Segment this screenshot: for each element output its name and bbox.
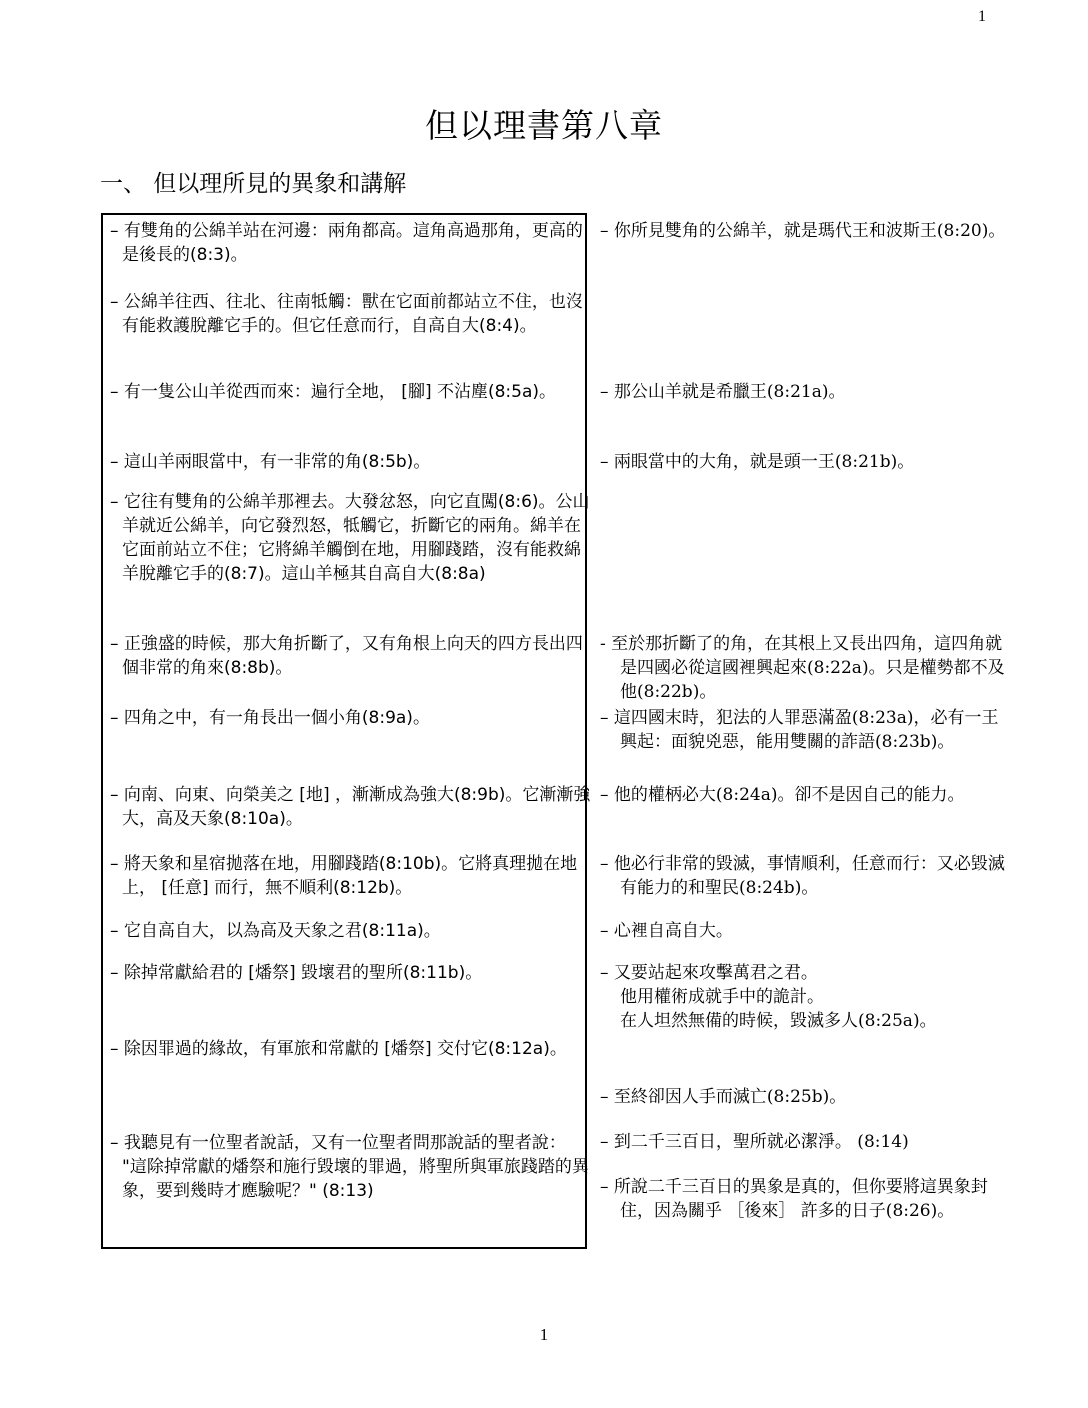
vision-item: – 向南、向東、向榮美之 [地] ，漸漸成為強大(8:9b)。它漸漸強大，高及天… [110,783,592,831]
interpretation-item: – 所說二千三百日的異象是真的，但你要將這異象封住，因為關乎 ［後來］ 許多的日… [600,1175,1010,1223]
vision-item: – 有雙角的公綿羊站在河邊：兩角都高。這角高過那角，更高的是後長的(8:3)。 [110,219,592,267]
interpretation-item: – 這四國末時，犯法的人罪惡滿盈(8:23a)，必有一王興起：面貌兇惡，能用雙關… [600,706,1010,754]
interpretation-item: 他用權術成就手中的詭計。 [620,985,1010,1009]
page-number-bottom: 1 [0,1325,1088,1345]
vision-item: – 四角之中，有一角長出一個小角(8:9a)。 [110,706,592,730]
vision-item: – 除掉常獻給君的 [燔祭] 毀壞君的聖所(8:11b)。 [110,961,592,985]
vision-item: – 這山羊兩眼當中，有一非常的角(8:5b)。 [110,450,592,474]
interpretation-item: - 至於那折斷了的角，在其根上又長出四角，這四角就是四國必從這國裡興起來(8:2… [600,632,1010,704]
interpretation-item: – 他必行非常的毀滅，事情順利，任意而行：又必毀滅有能力的和聖民(8:24b)。 [600,852,1010,900]
vision-item: – 它自高自大，以為高及天象之君(8:11a)。 [110,919,592,943]
page-number-top: 1 [978,8,986,26]
interpretation-item: – 心裡自高自大。 [600,919,1010,943]
page-title: 但以理書第八章 [0,100,1088,147]
interpretation-item: – 那公山羊就是希臘王(8:21a)。 [600,380,1010,404]
interpretation-item: 在人坦然無備的時候，毀滅多人(8:25a)。 [620,1009,1010,1033]
vision-box [101,213,587,1249]
vision-item: – 它往有雙角的公綿羊那裡去。大發忿怒，向它直闖(8:6)。公山羊就近公綿羊，向… [110,490,592,586]
vision-item: – 公綿羊往西、往北、往南牴觸：獸在它面前都站立不住，也沒有能救護脫離它手的。但… [110,290,592,338]
vision-item: – 將天象和星宿拋落在地，用腳踐踏(8:10b)。它將真理拋在地上， [任意] … [110,852,592,900]
vision-item: – 有一隻公山羊從西而來：遍行全地， [腳] 不沾塵(8:5a)。 [110,380,592,404]
interpretation-item: – 到二千三百日，聖所就必潔淨。 (8:14) [600,1130,1010,1154]
interpretation-item: – 又要站起來攻擊萬君之君。 [600,961,1010,985]
vision-item: – 正強盛的時候，那大角折斷了，又有角根上向天的四方長出四個非常的角來(8:8b… [110,632,592,680]
section-heading: 一、 但以理所見的異象和講解 [100,165,406,198]
interpretation-item: – 他的權柄必大(8:24a)。卻不是因自己的能力。 [600,783,1010,807]
interpretation-item: – 兩眼當中的大角，就是頭一王(8:21b)。 [600,450,1010,474]
interpretation-item: – 你所見雙角的公綿羊，就是瑪代王和波斯王(8:20)。 [600,219,1010,243]
vision-item: – 我聽見有一位聖者說話，又有一位聖者問那說話的聖者說： "這除掉常獻的燔祭和施… [110,1131,592,1203]
interpretation-item: – 至終卻因人手而滅亡(8:25b)。 [600,1085,1010,1109]
vision-item: – 除因罪過的緣故，有軍旅和常獻的 [燔祭] 交付它(8:12a)。 [110,1037,592,1061]
